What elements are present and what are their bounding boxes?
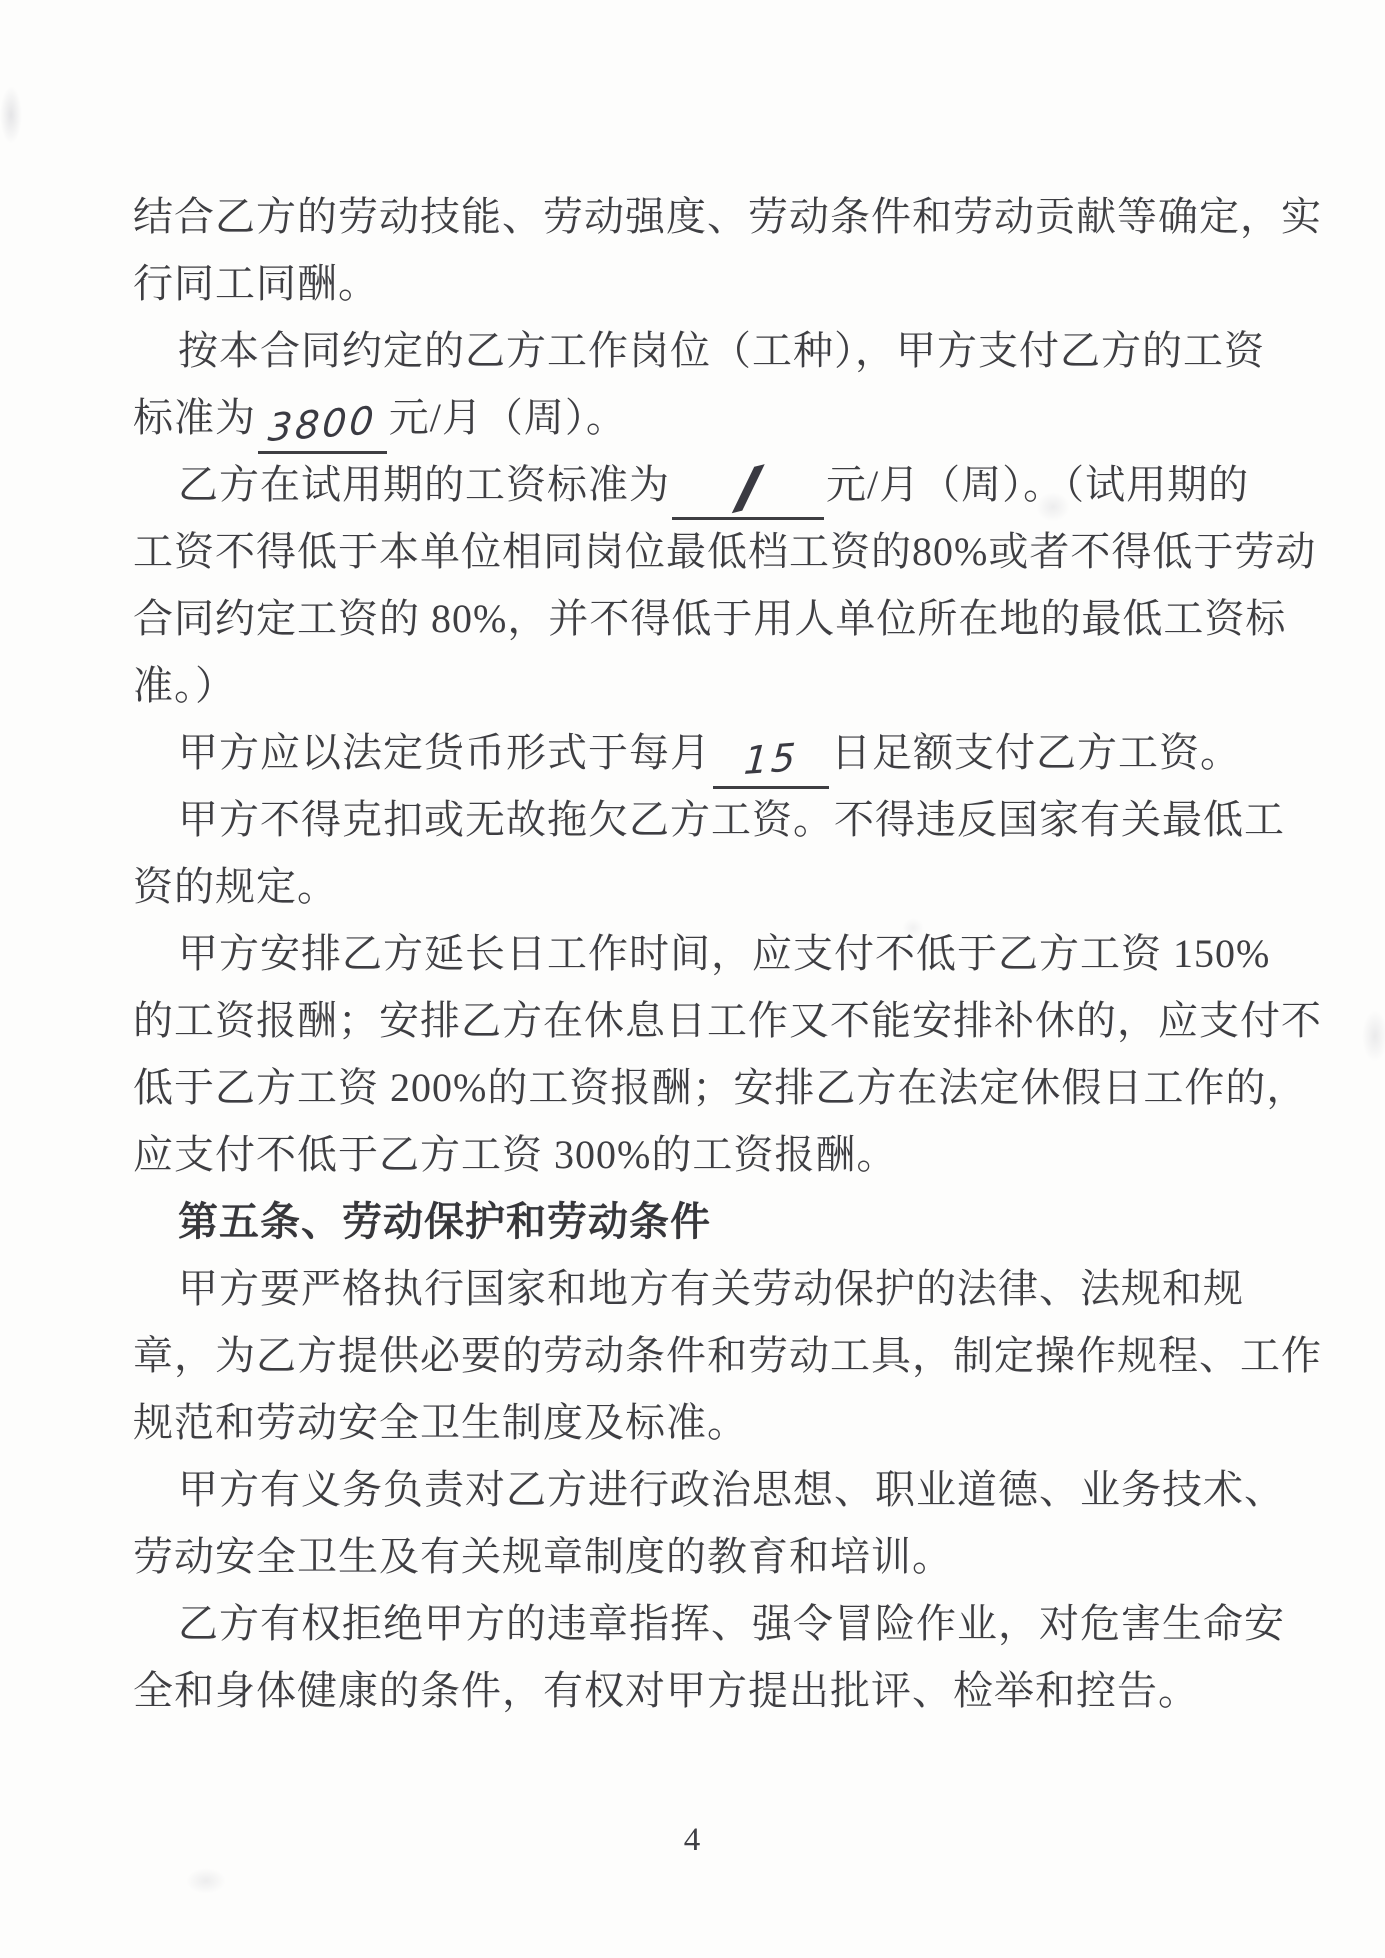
text-line: 准。） [133,652,1338,719]
text-line: 甲方有义务负责对乙方进行政治思想、职业道德、业务技术、 [133,1456,1338,1523]
text-segment: 甲方不得克扣或无故拖欠乙方工资。不得违反国家有关最低工 [178,797,1285,842]
page-number: 4 [0,1822,1385,1859]
text-line: 按本合同约定的乙方工作岗位（工种），甲方支付乙方的工资 [133,317,1338,384]
text-segment: 应支付不低于乙方工资 300%的工资报酬。 [133,1132,897,1177]
handwriting: / [720,457,775,519]
text-segment: 工资不得低于本单位相同岗位最低档工资的80%或者不得低于劳动 [133,529,1316,574]
handwriting: 3800 [267,397,379,451]
scan-artifact [0,86,22,144]
text-segment: 资的规定。 [133,864,338,909]
text-segment: 第五条、劳动保护和劳动条件 [178,1199,711,1244]
text-line: 甲方不得克扣或无故拖欠乙方工资。不得违反国家有关最低工 [133,786,1338,853]
document-lines: 结合乙方的劳动技能、劳动强度、劳动条件和劳动贡献等确定，实行同工同酬。按本合同约… [133,183,1338,1724]
text-segment: 章，为乙方提供必要的劳动条件和劳动工具，制定操作规程、工作 [133,1333,1322,1378]
text-segment: 乙方在试用期的工资标准为 [178,462,670,507]
text-segment: 按本合同约定的乙方工作岗位（工种），甲方支付乙方的工资 [178,328,1265,373]
text-line: 甲方要严格执行国家和地方有关劳动保护的法律、法规和规 [133,1255,1338,1322]
handwritten-value: 15 [713,736,829,789]
text-segment: 劳动安全卫生及有关规章制度的教育和培训。 [133,1534,953,1579]
text-segment: 乙方有权拒绝甲方的违章指挥、强令冒险作业，对危害生命安 [178,1601,1285,1646]
handwritten-value: 3800 [258,401,387,454]
text-segment: 甲方安排乙方延长日工作时间，应支付不低于乙方工资 150% [178,931,1270,976]
text-line: 全和身体健康的条件，有权对甲方提出批评、检举和控告。 [133,1657,1338,1724]
text-segment: 行同工同酬。 [133,261,379,306]
text-line: 章，为乙方提供必要的劳动条件和劳动工具，制定操作规程、工作 [133,1322,1338,1389]
text-segment: 甲方有义务负责对乙方进行政治思想、职业道德、业务技术、 [178,1467,1285,1512]
text-line: 资的规定。 [133,853,1338,920]
text-segment: 日足额支付乙方工资。 [831,730,1241,775]
text-segment: 结合乙方的劳动技能、劳动强度、劳动条件和劳动贡献等确定，实 [133,194,1322,239]
text-segment: 规范和劳动安全卫生制度及标准。 [133,1400,748,1445]
text-line: 行同工同酬。 [133,250,1338,317]
text-line: 乙方在试用期的工资标准为/元/月（周）。（试用期的 [133,451,1338,518]
text-line: 低于乙方工资 200%的工资报酬；安排乙方在法定休假日工作的， [133,1054,1338,1121]
text-segment: 元/月（周）。 [389,395,627,440]
text-line: 应支付不低于乙方工资 300%的工资报酬。 [133,1121,1338,1188]
text-segment: 准。） [133,663,236,708]
section-heading: 第五条、劳动保护和劳动条件 [133,1188,1338,1255]
contract-page: 结合乙方的劳动技能、劳动强度、劳动条件和劳动贡献等确定，实行同工同酬。按本合同约… [0,0,1385,1958]
blank-slash-mark: / [672,467,824,520]
scan-artifact [1362,1010,1385,1062]
text-segment: 元/月（周）。（试用期的 [826,462,1249,507]
text-line: 劳动安全卫生及有关规章制度的教育和培训。 [133,1523,1338,1590]
handwriting: 15 [742,734,799,784]
text-line: 的工资报酬；安排乙方在休息日工作又不能安排补休的，应支付不 [133,987,1338,1054]
text-line: 规范和劳动安全卫生制度及标准。 [133,1389,1338,1456]
text-line: 标准为3800元/月（周）。 [133,384,1338,451]
text-line: 甲方应以法定货币形式于每月15日足额支付乙方工资。 [133,719,1338,786]
text-segment: 合同约定工资的 80%，并不得低于用人单位所在地的最低工资标 [133,596,1286,641]
text-line: 乙方有权拒绝甲方的违章指挥、强令冒险作业，对危害生命安 [133,1590,1338,1657]
text-line: 合同约定工资的 80%，并不得低于用人单位所在地的最低工资标 [133,585,1338,652]
text-segment: 甲方应以法定货币形式于每月 [178,730,711,775]
text-segment: 的工资报酬；安排乙方在休息日工作又不能安排补休的，应支付不 [133,998,1322,1043]
text-line: 结合乙方的劳动技能、劳动强度、劳动条件和劳动贡献等确定，实 [133,183,1338,250]
text-segment: 全和身体健康的条件，有权对甲方提出批评、检举和控告。 [133,1668,1199,1713]
text-line: 工资不得低于本单位相同岗位最低档工资的80%或者不得低于劳动 [133,518,1338,585]
scan-artifact [186,1868,226,1894]
text-segment: 标准为 [133,395,256,440]
text-segment: 甲方要严格执行国家和地方有关劳动保护的法律、法规和规 [178,1266,1244,1311]
text-segment: 低于乙方工资 200%的工资报酬；安排乙方在法定休假日工作的， [133,1065,1307,1110]
text-line: 甲方安排乙方延长日工作时间，应支付不低于乙方工资 150% [133,920,1338,987]
